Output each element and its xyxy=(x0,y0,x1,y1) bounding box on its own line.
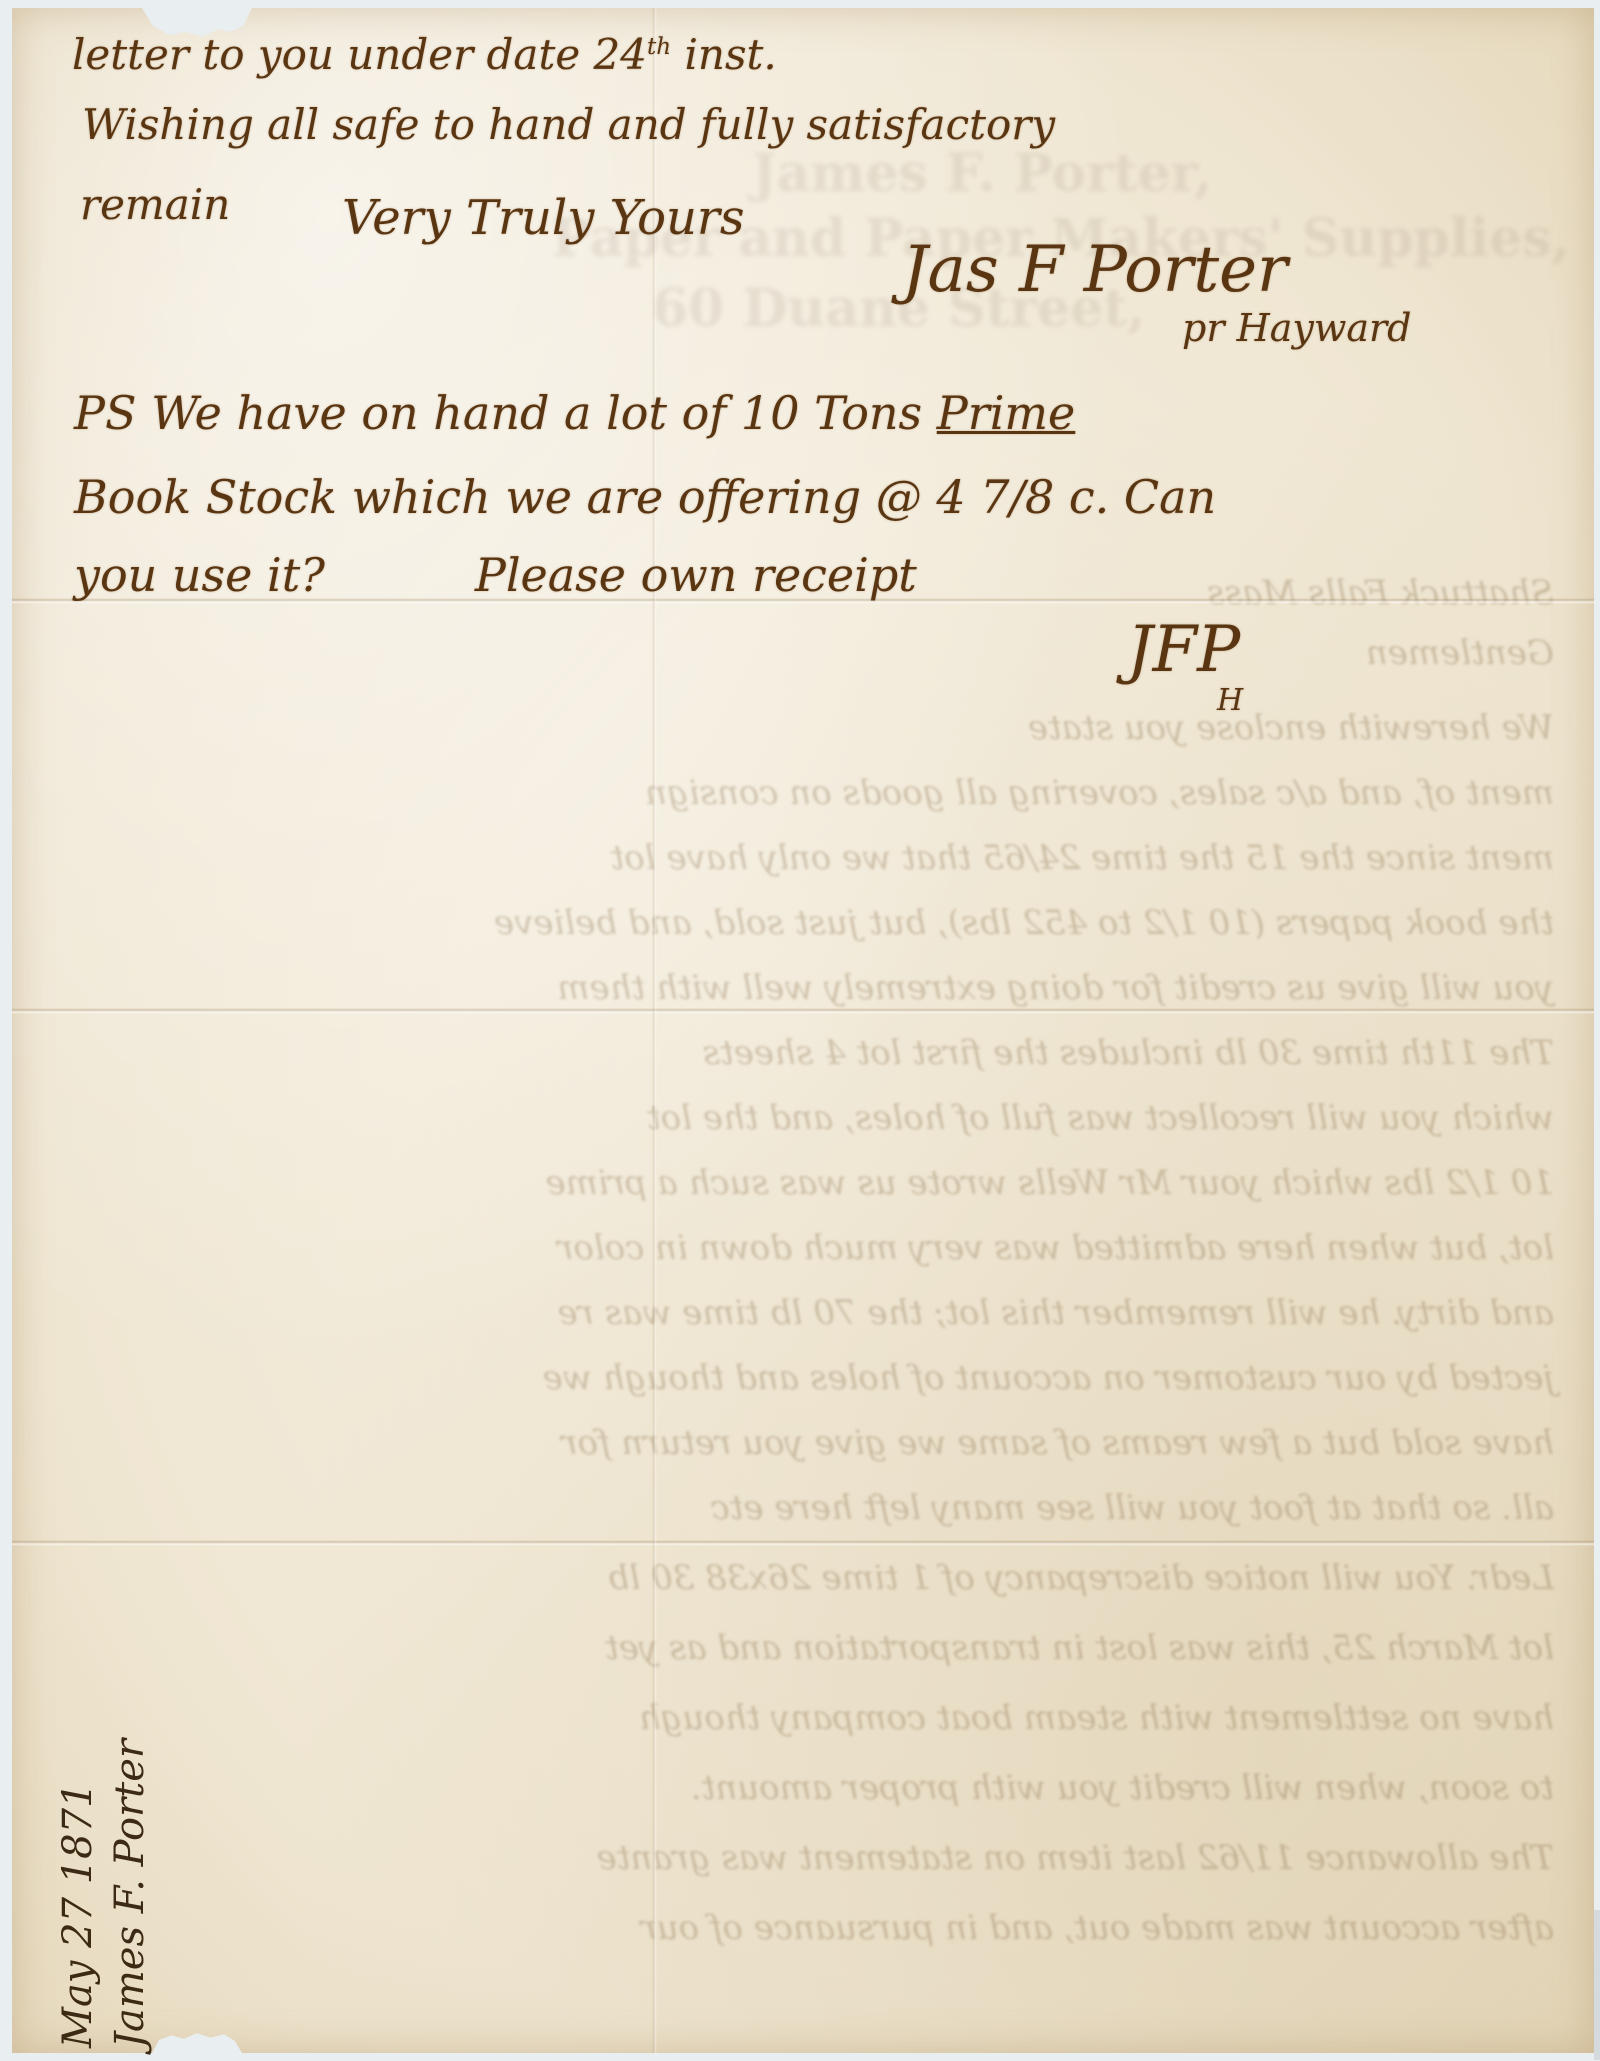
signature-per: pr Hayward xyxy=(1182,306,1412,350)
docket-date: May 27 1871 xyxy=(52,1739,104,2048)
torn-edge-bottom xyxy=(152,2031,242,2053)
letter-line-1: letter to you under date 24th inst. xyxy=(72,30,777,79)
fold-line-3 xyxy=(12,1540,1594,1546)
postscript-initials: JFP xyxy=(1127,613,1240,687)
letterhead-bleed-1: James F. Porter, xyxy=(752,143,1212,204)
fold-line-2 xyxy=(12,1008,1594,1014)
postscript-initials-sub: H xyxy=(1217,683,1243,718)
docket-sender: James F. Porter xyxy=(104,1739,156,2048)
postscript-line-2: Book Stock which we are offering @ 4 7/8… xyxy=(74,470,1216,524)
scan-edge xyxy=(1594,1910,1600,2060)
postscript-line-1: PS We have on hand a lot of 10 Tons Prim… xyxy=(74,386,1075,440)
letter-line-3: remain xyxy=(80,180,230,229)
letter-page: James F. Porter, Paper and Paper Makers'… xyxy=(12,8,1594,2053)
closing: Very Truly Yours xyxy=(342,190,745,246)
postscript-line-3: you use it?Please own receipt xyxy=(74,548,917,602)
fold-line-vertical xyxy=(652,8,657,2053)
docket-note: May 27 1871 James F. Porter xyxy=(52,1739,156,2048)
letter-line-2: Wishing all safe to hand and fully satis… xyxy=(82,100,1055,149)
signature-name: Jas F Porter xyxy=(902,233,1288,307)
